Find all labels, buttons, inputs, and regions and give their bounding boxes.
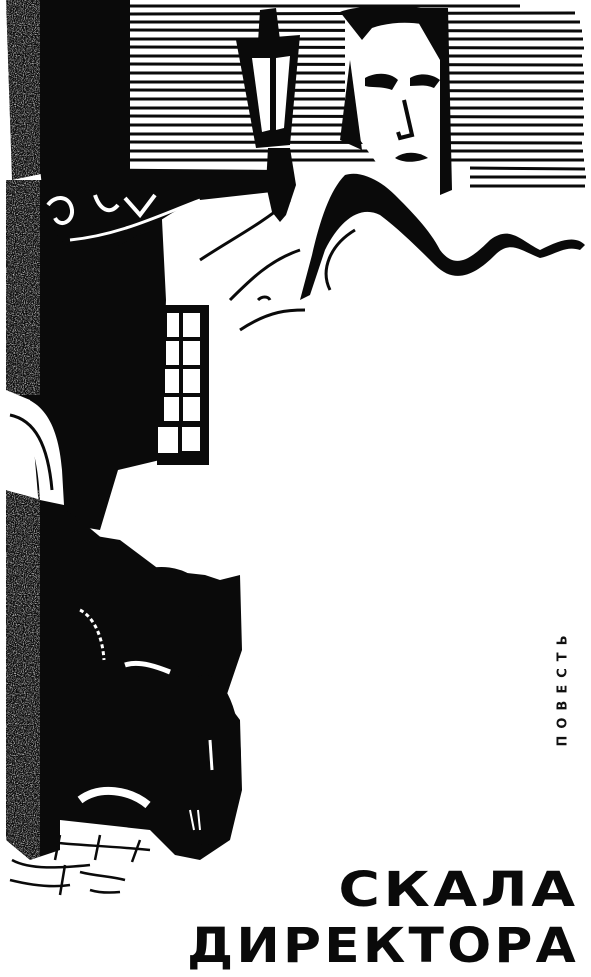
genre-label: ПОВЕСТЬ: [548, 612, 578, 762]
vintage-car: [60, 530, 242, 860]
title-page-illustration: [0, 0, 591, 977]
lantern-bracket: [40, 168, 290, 250]
genre-text: ПОВЕСТЬ: [556, 628, 571, 746]
man-portrait: [340, 6, 452, 195]
book-title-line-2: ДИРЕКТОРА: [187, 918, 579, 974]
book-title-line-1: СКАЛА: [339, 862, 579, 918]
lit-window: [157, 305, 209, 465]
